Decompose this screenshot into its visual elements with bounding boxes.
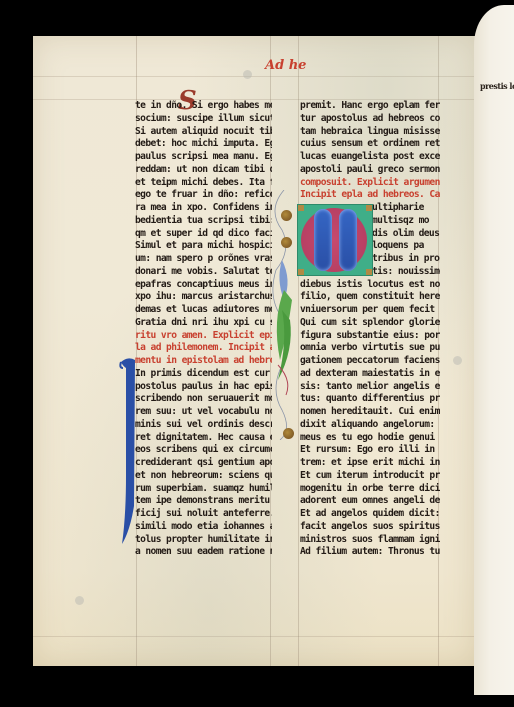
text-line: Ad filium autem: Thronus tuus [300,546,440,559]
text-line: Si autem aliquid nocuit tibi a [135,126,272,139]
text-line: ra mea in xpo. Confidens in o [135,202,272,215]
text-line: scribendo non seruauerit mo [135,393,272,406]
text-line: mentu in epistolam ad hebreos. [135,355,272,368]
text-line: ficij sui noluit anteferre. Nam [135,508,272,521]
text-line: ad dexteram maiestatis in excel [300,368,440,381]
text-line: cuius sensum et ordinem retinens [300,138,440,151]
text-line: ministros suos flammam ignis. [300,534,440,547]
text-line: Et cum iterum introducit pri [300,470,440,483]
text-line: postolus paulus in hac episto [135,381,272,394]
facing-page-text: prestis lontu: ergo iniqupter hoc vnxitd… [480,80,514,93]
text-line: tus: quanto differentius pre illis [300,393,440,406]
text-line: omnia verbo virtutis sue pur [300,342,440,355]
ruling-line [33,76,475,77]
text-line: diebus istis locutus est nobis i [300,279,440,292]
text-line: reddam: ut non dicam tibi q [135,164,272,177]
text-line: socium: suscipe illum sicut me. [135,113,272,126]
gold-dot [281,210,292,221]
right-column-text: premit. Hanc ergo eplam fertur apostolus… [300,100,440,559]
text-line: filio, quem constituit heredem [300,291,440,304]
gold-dot [283,428,294,439]
text-line: trem: et ipse erit michi in filium. [300,457,440,470]
text-line: qm et super id qd dico facies. [135,228,272,241]
text-line: ret dignitatem. Hec causa est q ad [135,432,272,445]
text-line: paulus scripsi mea manu. Ego [135,151,272,164]
text-line: tur apostolus ad hebreos co scrip [300,113,440,126]
pricking-mark [243,70,252,79]
text-line: premit. Hanc ergo eplam fer [300,100,440,113]
text-line: figura substantie eius: portansqz [300,330,440,343]
text-line: eos scribens qui ex circumcisione [135,444,272,457]
text-line: debet: hoc michi imputa. Ego [135,138,272,151]
text-line: tam hebraica lingua misisse: [300,126,440,139]
text-line: simili modo etia iohannes apos [135,521,272,534]
text-line: Et ad angelos quidem dicit: Qui [300,508,440,521]
text-line: prestis lon [480,81,514,91]
text-line: crediderant qsi gentium apostolus [135,457,272,470]
text-line: rem suu: ut vel vocabulu no [135,406,272,419]
blue-initial-i [118,356,136,546]
left-column-text: te in dño. Si ergo habes mesocium: susci… [135,100,272,559]
text-line: sis: tanto melior angelis effec [300,381,440,394]
text-line: mogenitu in orbe terre dicit: Et [300,483,440,496]
text-line: Simul et para michi hospiciu [135,240,272,253]
running-head: Ad he [265,58,306,73]
text-line: Gratia dni nri ihu xpi cu spi [135,317,272,330]
text-line: Incipit epla ad hebreos. Capl primu. [300,189,440,202]
text-line: rum superbiam. suamqz humilita [135,483,272,496]
text-line: et teipm michi debes. Ita frat [135,177,272,190]
text-line: et non hebreorum: sciens quoqz eo [135,470,272,483]
text-line: In primis dicendum est cur a [135,368,272,381]
text-line: gationem peccatorum faciens: sedet [300,355,440,368]
text-line: composuit. Explicit argumentum. [300,177,440,190]
text-line: a nomen suu eadem ratione no [135,546,272,559]
text-line: meus es tu ego hodie genui te. [300,432,440,445]
text-line: ritu vro amen. Explicit epistola [135,330,272,343]
text-line: apostoli pauli greco sermone [300,164,440,177]
text-line: vniuersorum per quem fecit et secla. [300,304,440,317]
text-line: adorent eum omnes angeli dei. [300,495,440,508]
facing-page-edge: prestis lontu: ergo iniqupter hoc vnxitd… [474,5,514,695]
text-line: nomen hereditauit. Cui enim [300,406,440,419]
text-line: te in dño. Si ergo habes me [135,100,272,113]
text-line: Et rursum: Ego ero illi in pa [300,444,440,457]
text-line: facit angelos suos spiritus: et [300,521,440,534]
text-line: lucas euangelista post excessu [300,151,440,164]
text-line: epafras concaptiuus meus in [135,279,272,292]
text-line: xpo ihu: marcus aristarchus [135,291,272,304]
text-line: bedientia tua scripsi tibi: scies [135,215,272,228]
text-line: Qui cum sit splendor glorie et [300,317,440,330]
floral-border-spray [262,190,302,440]
text-line: demas et lucas adiutores mei. [135,304,272,317]
illuminated-initial-m [297,204,373,276]
gold-dot [281,237,292,248]
text-line: la ad philemonem. Incipit argu [135,342,272,355]
text-line: minis sui vel ordinis describe [135,419,272,432]
text-line: ego te fruar in dño: refice visce [135,189,272,202]
text-line: tem ipe demonstrans meritu of [135,495,272,508]
text-line: tolus propter humilitate in epla sua [135,534,272,547]
text-line: dixit aliquando angelorum: filius [300,419,440,432]
text-line: donari me vobis. Salutat te [135,266,272,279]
ruling-line [33,636,475,637]
text-line: um: nam spero p orõnes vras [135,253,272,266]
pricking-mark [75,596,84,605]
pricking-mark [453,356,462,365]
